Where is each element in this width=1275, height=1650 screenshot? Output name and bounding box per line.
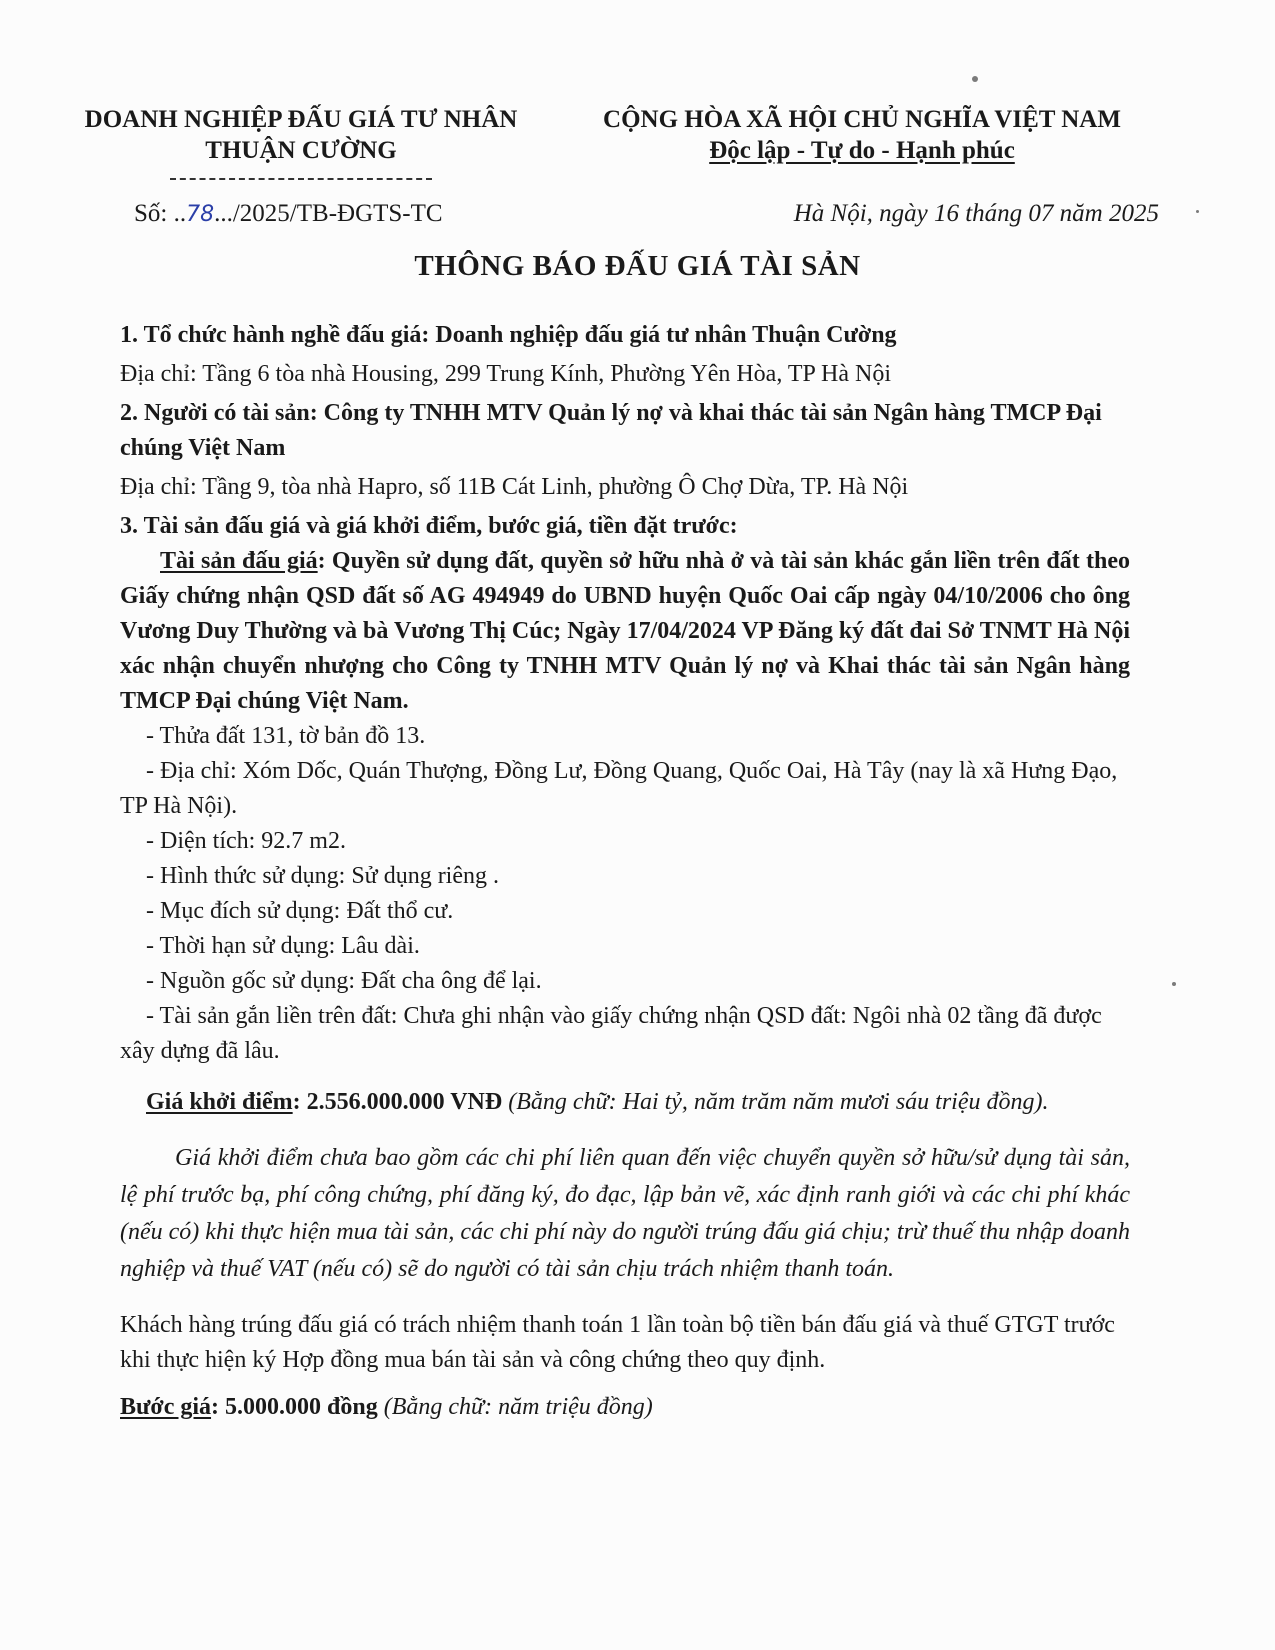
start-price: Giá khởi điểm: 2.556.000.000 VNĐ (Bằng c… bbox=[120, 1085, 1130, 1120]
section3-heading: 3. Tài sản đấu giá và giá khởi điểm, bướ… bbox=[120, 509, 1130, 544]
bid-step: Bước giá: 5.000.000 đồng (Bằng chữ: năm … bbox=[120, 1390, 1130, 1425]
detail-item: - Thửa đất 131, tờ bản đồ 13. bbox=[120, 719, 1130, 754]
document-number: Số: ..78.../2025/TB-ĐGTS-TC bbox=[134, 200, 443, 228]
country-name: CỘNG HÒA XÃ HỘI CHỦ NGHĨA VIỆT NAM bbox=[582, 104, 1142, 135]
detail-item: - Hình thức sử dụng: Sử dụng riêng . bbox=[120, 859, 1130, 894]
start-price-label: Giá khởi điểm bbox=[146, 1089, 293, 1115]
detail-item: - Địa chỉ: Xóm Dốc, Quán Thượng, Đồng Lư… bbox=[120, 754, 1130, 824]
org-name-line2: THUẬN CƯỜNG bbox=[66, 135, 536, 166]
org-name-line1: DOANH NGHIỆP ĐẤU GIÁ TƯ NHÂN bbox=[66, 104, 536, 135]
scan-speck bbox=[1172, 982, 1176, 986]
scan-speck bbox=[972, 76, 978, 82]
asset-details-list: - Thửa đất 131, tờ bản đồ 13. - Địa chỉ:… bbox=[120, 719, 1130, 1069]
section2-heading: 2. Người có tài sản: Công ty TNHH MTV Qu… bbox=[120, 396, 1130, 466]
price-note: Giá khởi điểm chưa bao gồm các chi phí l… bbox=[120, 1140, 1130, 1288]
place-date: Hà Nội, ngày 16 tháng 07 năm 2025 bbox=[794, 200, 1159, 228]
asset-label: Tài sản đấu giá bbox=[160, 548, 318, 574]
doc-no-prefix: Số: .. bbox=[134, 200, 186, 227]
organization-header: DOANH NGHIỆP ĐẤU GIÁ TƯ NHÂN THUẬN CƯỜNG bbox=[66, 104, 536, 166]
national-motto: Độc lập - Tự do - Hạnh phúc bbox=[582, 135, 1142, 166]
bid-step-words: (Bằng chữ: năm triệu đồng) bbox=[384, 1394, 653, 1420]
document-page: DOANH NGHIỆP ĐẤU GIÁ TƯ NHÂN THUẬN CƯỜNG… bbox=[0, 0, 1275, 1650]
section1-heading: 1. Tổ chức hành nghề đấu giá: Doanh nghi… bbox=[120, 318, 1130, 353]
scan-speck bbox=[1196, 210, 1199, 213]
detail-item: - Tài sản gắn liền trên đất: Chưa ghi nh… bbox=[120, 999, 1130, 1069]
detail-item: - Mục đích sử dụng: Đất thổ cư. bbox=[120, 894, 1130, 929]
detail-item: - Nguồn gốc sử dụng: Đất cha ông để lại. bbox=[120, 964, 1130, 999]
national-header: CỘNG HÒA XÃ HỘI CHỦ NGHĨA VIỆT NAM Độc l… bbox=[582, 104, 1142, 166]
detail-item: - Diện tích: 92.7 m2. bbox=[120, 824, 1130, 859]
bid-step-value: : 5.000.000 đồng bbox=[211, 1394, 378, 1420]
header-divider bbox=[170, 178, 432, 180]
document-body: 1. Tổ chức hành nghề đấu giá: Doanh nghi… bbox=[120, 318, 1130, 1425]
detail-item: - Thời hạn sử dụng: Lâu dài. bbox=[120, 929, 1130, 964]
asset-description: Tài sản đấu giá: Quyền sử dụng đất, quyề… bbox=[120, 544, 1130, 719]
doc-no-suffix: .../2025/TB-ĐGTS-TC bbox=[214, 200, 442, 227]
start-price-words: (Bằng chữ: Hai tỷ, năm trăm năm mươi sáu… bbox=[508, 1089, 1048, 1115]
section1-address: Địa chỉ: Tầng 6 tòa nhà Housing, 299 Tru… bbox=[120, 357, 1130, 392]
section2-address: Địa chỉ: Tầng 9, tòa nhà Hapro, số 11B C… bbox=[120, 470, 1130, 505]
handwritten-number: 78 bbox=[186, 202, 214, 227]
start-price-value: : 2.556.000.000 VNĐ bbox=[293, 1089, 503, 1115]
bid-step-label: Bước giá bbox=[120, 1394, 211, 1420]
payment-note: Khách hàng trúng đấu giá có trách nhiệm … bbox=[120, 1308, 1130, 1378]
document-title: THÔNG BÁO ĐẤU GIÁ TÀI SẢN bbox=[0, 250, 1275, 283]
